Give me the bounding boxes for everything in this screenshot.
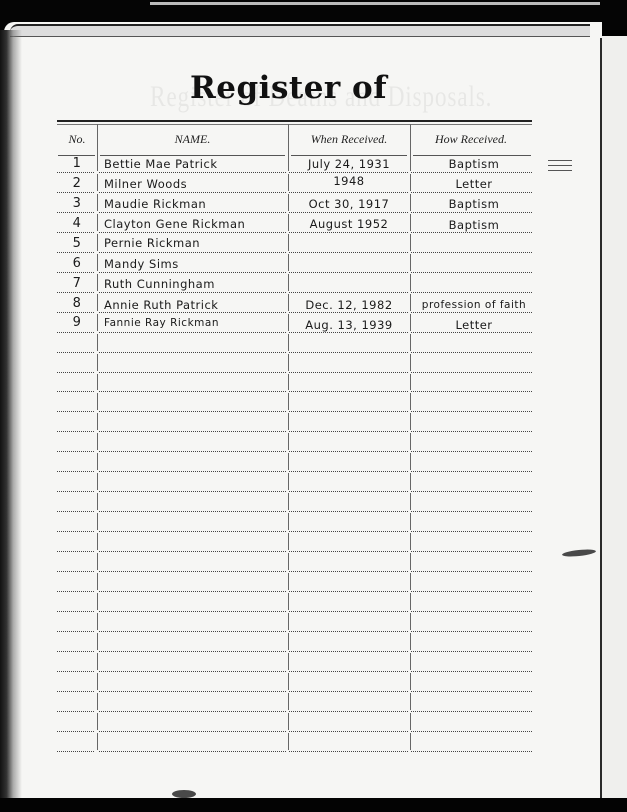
ruled-line-gap: [286, 670, 289, 673]
header-underline-when: [291, 155, 407, 156]
ruled-line: [57, 172, 532, 173]
column-divider-1: [97, 124, 98, 752]
ruled-line-gap: [286, 251, 289, 254]
entry-number: 8: [57, 296, 97, 311]
ruled-line-gap: [286, 650, 289, 653]
ruled-line-gap: [286, 211, 289, 214]
ruled-line-gap: [95, 271, 98, 274]
ruled-line-gap: [286, 450, 289, 453]
ruled-line-gap: [408, 510, 411, 513]
ruled-line-gap: [95, 251, 98, 254]
entry-how-received: Baptism: [416, 218, 532, 232]
ruled-line: [57, 372, 532, 373]
ruled-line: [57, 391, 532, 392]
entry-number: 9: [57, 315, 97, 330]
ruled-line: [57, 611, 532, 612]
ruled-line-gap: [286, 690, 289, 693]
ruled-line: [57, 491, 532, 492]
ruled-line-gap: [408, 650, 411, 653]
ruled-line-gap: [95, 630, 98, 633]
entry-when-received: 1948: [292, 174, 406, 188]
header-underline-name: [100, 155, 285, 156]
entry-name: Ruth Cunningham: [104, 277, 215, 291]
ruled-line: [57, 571, 532, 572]
ink-smudge: [172, 790, 196, 798]
entry-name: Milner Woods: [104, 177, 187, 191]
ruled-line-gap: [408, 470, 411, 473]
ruled-line: [57, 591, 532, 592]
ruled-line-gap: [95, 211, 98, 214]
ruled-line-gap: [95, 371, 98, 374]
ruled-line-gap: [286, 710, 289, 713]
ruled-line-gap: [95, 450, 98, 453]
ruled-line: [57, 451, 532, 452]
column-header-name: NAME.: [97, 132, 288, 147]
ruled-line-gap: [95, 231, 98, 234]
ruled-line: [57, 252, 532, 253]
ruled-line-gap: [95, 291, 98, 294]
ruled-line-gap: [286, 530, 289, 533]
ruled-line-gap: [408, 171, 411, 174]
ruled-line-gap: [95, 311, 98, 314]
entry-when-received: Aug. 13, 1939: [292, 318, 406, 332]
ruled-line-gap: [286, 430, 289, 433]
ruled-line: [57, 631, 532, 632]
ruled-line: [57, 192, 532, 193]
ruled-line-gap: [408, 750, 411, 753]
ruled-line-gap: [408, 371, 411, 374]
ruled-line-gap: [408, 570, 411, 573]
ruled-line-gap: [286, 390, 289, 393]
column-header-how-received: How Received.: [410, 132, 532, 147]
ruled-line-gap: [286, 331, 289, 334]
ruled-line-gap: [408, 351, 411, 354]
ruled-line: [57, 471, 532, 472]
ruled-line-gap: [286, 371, 289, 374]
ruled-line-gap: [408, 690, 411, 693]
column-header-no: No.: [57, 132, 97, 147]
entry-when-received: Dec. 12, 1982: [292, 298, 406, 312]
ruled-line-gap: [408, 710, 411, 713]
ruled-line: [57, 691, 532, 692]
entry-number: 6: [57, 256, 97, 271]
ruled-line-gap: [408, 490, 411, 493]
ruled-line-gap: [286, 410, 289, 413]
ruled-line-gap: [95, 570, 98, 573]
entry-how-received: Letter: [416, 318, 532, 332]
margin-marks: [548, 160, 572, 175]
page-title: Register of: [190, 70, 387, 106]
ruled-line: [57, 312, 532, 313]
ruled-line-gap: [286, 610, 289, 613]
entry-number: 5: [57, 236, 97, 251]
entry-when-received: July 24, 1931: [292, 157, 406, 171]
ruled-line-gap: [95, 490, 98, 493]
ruled-line-gap: [286, 630, 289, 633]
ruled-line-gap: [408, 630, 411, 633]
ruled-line-gap: [95, 710, 98, 713]
ruled-line-gap: [286, 510, 289, 513]
ruled-line-gap: [408, 311, 411, 314]
entry-when-received: August 1952: [292, 217, 406, 231]
entry-number: 7: [57, 276, 97, 291]
ruled-line-gap: [95, 590, 98, 593]
ruled-line-gap: [95, 331, 98, 334]
ruled-line: [57, 212, 532, 213]
entry-how-received: Baptism: [416, 197, 532, 211]
ruled-line-gap: [408, 450, 411, 453]
ruled-line-gap: [286, 750, 289, 753]
ruled-line-gap: [286, 231, 289, 234]
adjacent-page-edge: [601, 36, 627, 800]
ruled-line-gap: [95, 610, 98, 613]
scan-bottom-border: [0, 798, 627, 812]
ruled-line-gap: [286, 550, 289, 553]
ruled-line: [57, 671, 532, 672]
entry-name: Mandy Sims: [104, 257, 179, 271]
ruled-line-gap: [95, 470, 98, 473]
ruled-line-gap: [286, 171, 289, 174]
ruled-line-gap: [408, 410, 411, 413]
ruled-line: [57, 292, 532, 293]
ruled-line-gap: [286, 271, 289, 274]
ruled-line-gap: [95, 191, 98, 194]
ruled-line: [57, 411, 532, 412]
page-gutter-line: [600, 38, 602, 798]
ruled-line: [57, 651, 532, 652]
ruled-line: [57, 731, 532, 732]
ruled-line-gap: [286, 730, 289, 733]
ruled-line-gap: [286, 191, 289, 194]
ruled-line-gap: [95, 351, 98, 354]
ruled-line-gap: [408, 211, 411, 214]
ruled-line-gap: [408, 191, 411, 194]
entry-how-received: Baptism: [416, 157, 532, 171]
book-top-edge: [10, 24, 590, 37]
ruled-line: [57, 232, 532, 233]
ruled-line: [57, 751, 532, 752]
ruled-line-gap: [95, 730, 98, 733]
ruled-line-gap: [95, 690, 98, 693]
ruled-line-gap: [286, 351, 289, 354]
ruled-line-gap: [95, 550, 98, 553]
ruled-line-gap: [286, 590, 289, 593]
ruled-line-gap: [408, 430, 411, 433]
ruled-line-gap: [95, 430, 98, 433]
scan-top-strip: [150, 2, 600, 5]
ruled-line: [57, 352, 532, 353]
ruled-line-gap: [408, 251, 411, 254]
entry-number: 3: [57, 196, 97, 211]
entry-number: 4: [57, 216, 97, 231]
ruled-line-gap: [95, 750, 98, 753]
ruled-line: [57, 711, 532, 712]
ruled-line-gap: [408, 530, 411, 533]
ruled-line-gap: [408, 271, 411, 274]
ruled-line-gap: [408, 670, 411, 673]
ruled-line: [57, 551, 532, 552]
ruled-line-gap: [95, 390, 98, 393]
entry-when-received: Oct 30, 1917: [292, 197, 406, 211]
ruled-line: [57, 272, 532, 273]
entry-name: Fannie Ray Rickman: [104, 317, 219, 329]
ruled-line-gap: [95, 410, 98, 413]
entry-how-received: Letter: [416, 177, 532, 191]
entry-number: 1: [57, 156, 97, 171]
ruled-line-gap: [408, 331, 411, 334]
ruled-line-gap: [95, 171, 98, 174]
entry-how-received: profession of faith: [416, 299, 532, 311]
entry-number: 2: [57, 176, 97, 191]
ruled-line-gap: [408, 590, 411, 593]
ruled-line-gap: [286, 490, 289, 493]
header-top-rule-thin: [57, 124, 532, 125]
ruled-line-gap: [408, 730, 411, 733]
ruled-line-gap: [408, 291, 411, 294]
ruled-line: [57, 511, 532, 512]
ruled-line-gap: [95, 670, 98, 673]
ruled-line-gap: [95, 510, 98, 513]
entry-name: Pernie Rickman: [104, 236, 200, 250]
header-underline-how: [413, 155, 531, 156]
ruled-line: [57, 332, 532, 333]
ruled-line: [57, 431, 532, 432]
ruled-line-gap: [286, 291, 289, 294]
ruled-line-gap: [95, 530, 98, 533]
entry-name: Maudie Rickman: [104, 197, 206, 211]
ruled-line: [57, 531, 532, 532]
binding-shadow: [0, 30, 22, 800]
ruled-line-gap: [408, 390, 411, 393]
ruled-line-gap: [286, 470, 289, 473]
ruled-line-gap: [408, 550, 411, 553]
column-divider-3: [410, 124, 411, 752]
ruled-line-gap: [408, 610, 411, 613]
ruled-line-gap: [95, 650, 98, 653]
ruled-line-gap: [286, 311, 289, 314]
ruled-line-gap: [408, 231, 411, 234]
column-header-when-received: When Received.: [288, 132, 410, 147]
header-top-rule: [57, 120, 532, 122]
entry-name: Annie Ruth Patrick: [104, 298, 218, 312]
ruled-line-gap: [286, 570, 289, 573]
column-divider-2: [288, 124, 289, 752]
entry-name: Clayton Gene Rickman: [104, 217, 245, 231]
entry-name: Bettie Mae Patrick: [104, 157, 218, 171]
